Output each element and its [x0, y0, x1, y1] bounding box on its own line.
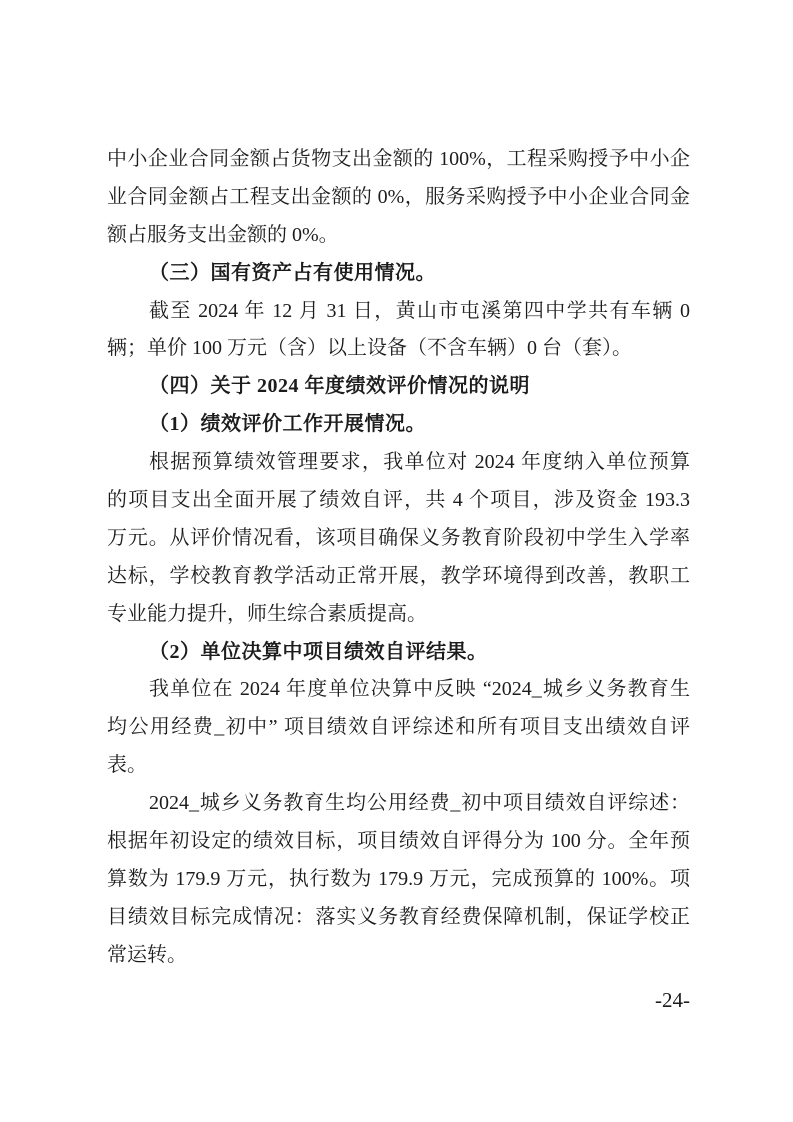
body-text-line: 万元。从评价情况看，该项目确保义务教育阶段初中学生入学率 — [107, 520, 690, 558]
body-text-line: 额占服务支出金额的 0%。 — [107, 217, 690, 255]
body-text-line: 2024_城乡义务教育生均公用经费_初中项目绩效自评综述： — [107, 785, 690, 823]
body-text-line: 根据预算绩效管理要求，我单位对 2024 年度纳入单位预算 — [107, 444, 690, 482]
body-text-line: 算数为 179.9 万元，执行数为 179.9 万元，完成预算的 100%。项 — [107, 861, 690, 899]
document-body: 中小企业合同金额占货物支出金额的 100%，工程采购授予中小企 业合同金额占工程… — [107, 141, 690, 975]
subsection-heading-line: （2）单位决算中项目绩效自评结果。 — [107, 634, 690, 672]
section-heading-line: （三）国有资产占有使用情况。 — [107, 255, 690, 293]
body-text-line: 表。 — [107, 747, 690, 785]
body-text-line: 我单位在 2024 年度单位决算中反映 “2024_城乡义务教育生 — [107, 671, 690, 709]
body-text-line: 达标，学校教育教学活动正常开展，教学环境得到改善，教职工 — [107, 558, 690, 596]
body-text-line: 的项目支出全面开展了绩效自评，共 4 个项目，涉及资金 193.3 — [107, 482, 690, 520]
document-page: 中小企业合同金额占货物支出金额的 100%，工程采购授予中小企 业合同金额占工程… — [0, 0, 793, 1122]
body-text-line: 均公用经费_初中” 项目绩效自评综述和所有项目支出绩效自评 — [107, 709, 690, 747]
section-heading-line: （四）关于 2024 年度绩效评价情况的说明 — [107, 368, 690, 406]
body-text-line: 常运转。 — [107, 937, 690, 975]
body-text-line: 根据年初设定的绩效目标，项目绩效自评得分为 100 分。全年预 — [107, 823, 690, 861]
body-text-line: 业合同金额占工程支出金额的 0%，服务采购授予中小企业合同金 — [107, 179, 690, 217]
body-text-line: 中小企业合同金额占货物支出金额的 100%，工程采购授予中小企 — [107, 141, 690, 179]
body-text-line: 专业能力提升，师生综合素质提高。 — [107, 596, 690, 634]
body-text-line: 目绩效目标完成情况：落实义务教育经费保障机制，保证学校正 — [107, 899, 690, 937]
body-text-line: 辆；单价 100 万元（含）以上设备（不含车辆）0 台（套）。 — [107, 330, 690, 368]
subsection-heading-line: （1）绩效评价工作开展情况。 — [107, 406, 690, 444]
page-number: -24- — [107, 988, 690, 1012]
body-text-line: 截至 2024 年 12 月 31 日，黄山市屯溪第四中学共有车辆 0 — [107, 293, 690, 331]
